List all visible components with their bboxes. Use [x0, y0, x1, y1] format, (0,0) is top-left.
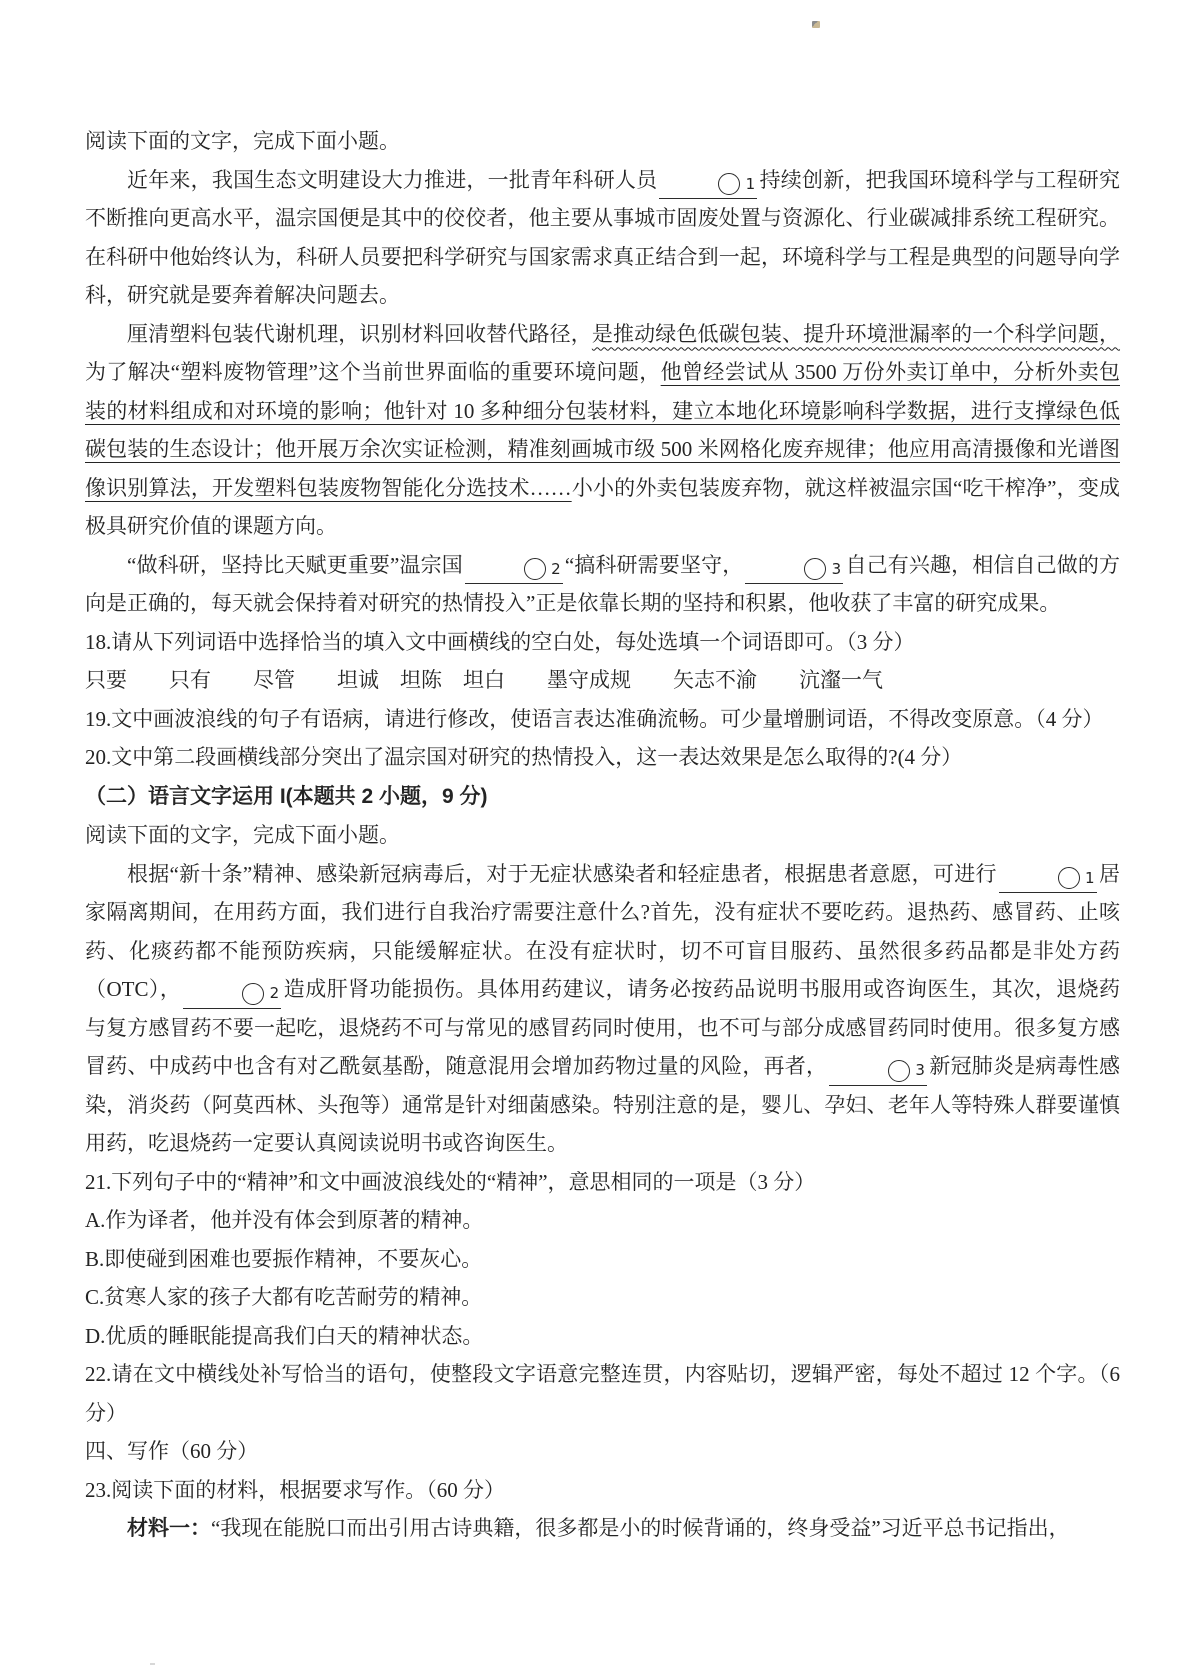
scan-speckle-bottom: [150, 1663, 155, 1665]
read-instruction-2: 阅读下面的文字，完成下面小题。: [85, 816, 1120, 855]
text-run: 材料一：: [127, 1517, 211, 1540]
text-run: 阅读下面的文字，完成下面小题。: [85, 823, 400, 847]
question-19: 19.文中画波浪线的句子有语病，请进行修改，使语言表达准确流畅。可少量增删词语，…: [85, 700, 1120, 739]
question-21-option-c: C.贫寒人家的孩子大都有吃苦耐劳的精神。: [85, 1278, 1120, 1317]
circled-number-icon: 1: [1058, 867, 1080, 889]
question-18: 18.请从下列词语中选择恰当的填入文中画横线的空白处，每处选填一个词语即可。（3…: [85, 623, 1120, 662]
text-run: 根据“新十条”精神、感染新冠病毒后，对于无症状感染者和轻症患者，根据患者意愿，可…: [127, 862, 997, 886]
text-run: 22.请在文中横线处补写恰当的语句，使整段文字语意完整连贯，内容贴切，逻辑严密，…: [85, 1362, 1120, 1425]
text-run: 近年来，我国生态文明建设大力推进，一批青年科研人员: [127, 168, 657, 192]
text-run: D.优质的睡眠能提高我们白天的精神状态。: [85, 1324, 483, 1348]
circled-number-icon: 3: [804, 558, 826, 580]
circled-number-icon: 3: [888, 1060, 910, 1082]
scan-speckle-top: [812, 21, 820, 28]
text-run: 只要 只有 尽管 坦诚 坦陈 坦白 墨守成规 矢志不渝 沆瀣一气: [85, 668, 883, 692]
circled-number-icon: 2: [242, 983, 264, 1005]
text-run: “我现在能脱口而出引用古诗典籍，很多都是小的时候背诵的，终身受益”习近平总书记指…: [211, 1516, 1070, 1540]
fill-in-blank: 2: [465, 557, 563, 585]
text-run: 21.下列句子中的“精神”和文中画波浪线处的“精神”，意思相同的一项是（3 分）: [85, 1170, 815, 1194]
exam-page: 阅读下面的文字，完成下面小题。近年来，我国生态文明建设大力推进，一批青年科研人员…: [0, 0, 1200, 1669]
text-run: 阅读下面的文字，完成下面小题。: [85, 129, 400, 153]
para-wen-zongguo-2: 厘清塑料包装代谢机理，识别材料回收替代路径，是推动绿色低碳包装、提升环境泄漏率的…: [85, 315, 1120, 546]
para-wen-zongguo-1: 近年来，我国生态文明建设大力推进，一批青年科研人员1持续创新，把我国环境科学与工…: [85, 161, 1120, 315]
text-run: 18.请从下列词语中选择恰当的填入文中画横线的空白处，每处选填一个词语即可。（3…: [85, 630, 915, 654]
fill-in-blank: 3: [829, 1058, 927, 1086]
material-1: 材料一：“我现在能脱口而出引用古诗典籍，很多都是小的时候背诵的，终身受益”习近平…: [85, 1509, 1120, 1549]
read-instruction-1: 阅读下面的文字，完成下面小题。: [85, 122, 1120, 161]
fill-in-blank: 3: [745, 557, 843, 585]
document-body: 阅读下面的文字，完成下面小题。近年来，我国生态文明建设大力推进，一批青年科研人员…: [85, 122, 1120, 1549]
text-run: C.贫寒人家的孩子大都有吃苦耐劳的精神。: [85, 1285, 482, 1309]
text-run: “搞科研需要坚守，: [565, 553, 743, 577]
para-medication: 根据“新十条”精神、感染新冠病毒后，对于无症状感染者和轻症患者，根据患者意愿，可…: [85, 855, 1120, 1163]
text-run: 20.文中第二段画横线部分突出了温宗国对研究的热情投入，这一表达效果是怎么取得的…: [85, 745, 962, 769]
circled-number-icon: 2: [524, 558, 546, 580]
fill-in-blank: 1: [659, 172, 757, 200]
text-run: “做科研，坚持比天赋更重要”温宗国: [127, 553, 463, 577]
question-20: 20.文中第二段画横线部分突出了温宗国对研究的热情投入，这一表达效果是怎么取得的…: [85, 738, 1120, 777]
section-heading-language-use-2: （二）语言文字运用 I(本题共 2 小题，9 分): [85, 777, 1120, 817]
question-22: 22.请在文中横线处补写恰当的语句，使整段文字语意完整连贯，内容贴切，逻辑严密，…: [85, 1355, 1120, 1432]
fill-in-blank: 1: [999, 866, 1097, 894]
question-21-option-b: B.即使碰到困难也要振作精神，不要灰心。: [85, 1240, 1120, 1279]
text-run: A.作为译者，他并没有体会到原著的精神。: [85, 1208, 483, 1232]
text-run: 是推动绿色低碳包装、提升环境泄漏率的一个科学问题，: [592, 322, 1120, 346]
fill-in-blank: 2: [183, 981, 281, 1009]
question-23: 23.阅读下面的材料，根据要求写作。（60 分）: [85, 1471, 1120, 1510]
text-run: 为了解决“塑料废物管理”这个当前世界面临的重要环境问题，: [85, 360, 661, 384]
text-run: 四、写作（60 分）: [85, 1439, 258, 1463]
question-21-option-d: D.优质的睡眠能提高我们白天的精神状态。: [85, 1317, 1120, 1356]
question-21-option-a: A.作为译者，他并没有体会到原著的精神。: [85, 1201, 1120, 1240]
text-run: 厘清塑料包装代谢机理，识别材料回收替代路径，: [127, 322, 592, 346]
para-wen-zongguo-3: “做科研，坚持比天赋更重要”温宗国2“搞科研需要坚守，3自己有兴趣，相信自己做的…: [85, 546, 1120, 623]
text-run: 19.文中画波浪线的句子有语病，请进行修改，使语言表达准确流畅。可少量增删词语，…: [85, 707, 1104, 731]
text-run: 23.阅读下面的材料，根据要求写作。（60 分）: [85, 1478, 505, 1502]
text-run: （二）语言文字运用 I(本题共 2 小题，9 分): [85, 785, 488, 808]
section-heading-writing: 四、写作（60 分）: [85, 1432, 1120, 1471]
question-21: 21.下列句子中的“精神”和文中画波浪线处的“精神”，意思相同的一项是（3 分）: [85, 1163, 1120, 1202]
text-run: B.即使碰到困难也要振作精神，不要灰心。: [85, 1247, 482, 1271]
circled-number-icon: 1: [718, 173, 740, 195]
question-18-options: 只要 只有 尽管 坦诚 坦陈 坦白 墨守成规 矢志不渝 沆瀣一气: [85, 661, 1120, 700]
